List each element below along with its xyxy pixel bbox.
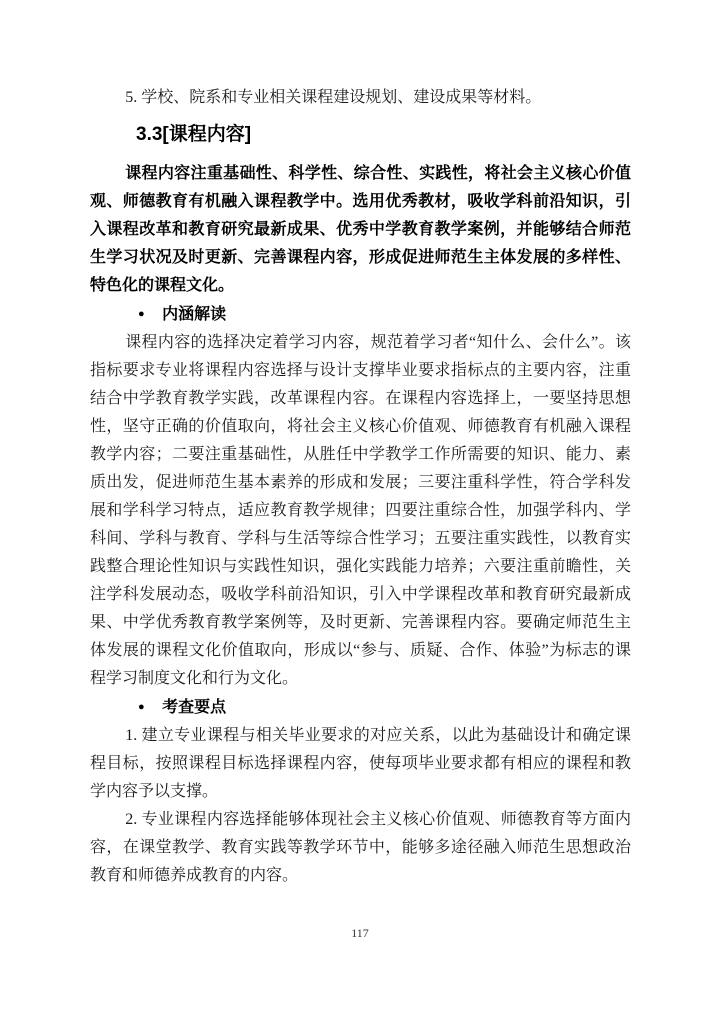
page-number: 117	[0, 926, 720, 941]
lead-paragraph: 课程内容注重基础性、科学性、综合性、实践性，将社会主义核心价值观、师德教育有机融…	[90, 160, 631, 300]
bullet-icon: ●	[138, 693, 145, 721]
list-item-5: 5. 学校、院系和专业相关课程建设规划、建设成果等材料。	[90, 84, 631, 112]
section-heading: 3.3[课程内容]	[90, 121, 631, 149]
examine-point-1: 1. 建立专业课程与相关毕业要求的对应关系，以此为基础设计和确定课程目标，按照课…	[90, 722, 631, 806]
subsection-header-connotation: ● 内涵解读	[90, 300, 631, 329]
page-content: 5. 学校、院系和专业相关课程建设规划、建设成果等材料。 3.3[课程内容] 课…	[90, 84, 631, 890]
document-page: 5. 学校、院系和专业相关课程建设规划、建设成果等材料。 3.3[课程内容] 课…	[0, 0, 720, 1018]
bullet-icon: ●	[138, 300, 145, 328]
subsection-header-examine-points: ● 考查要点	[90, 693, 631, 722]
examine-point-2: 2. 专业课程内容选择能够体现社会主义核心价值观、师德教育等方面内容，在课堂教学…	[90, 806, 631, 890]
subsection-title-examine-points: 考查要点	[162, 699, 226, 716]
connotation-paragraph: 课程内容的选择决定着学习内容，规范着学习者“知什么、会什么”。该指标要求专业将课…	[90, 329, 631, 693]
subsection-title-connotation: 内涵解读	[162, 306, 226, 323]
